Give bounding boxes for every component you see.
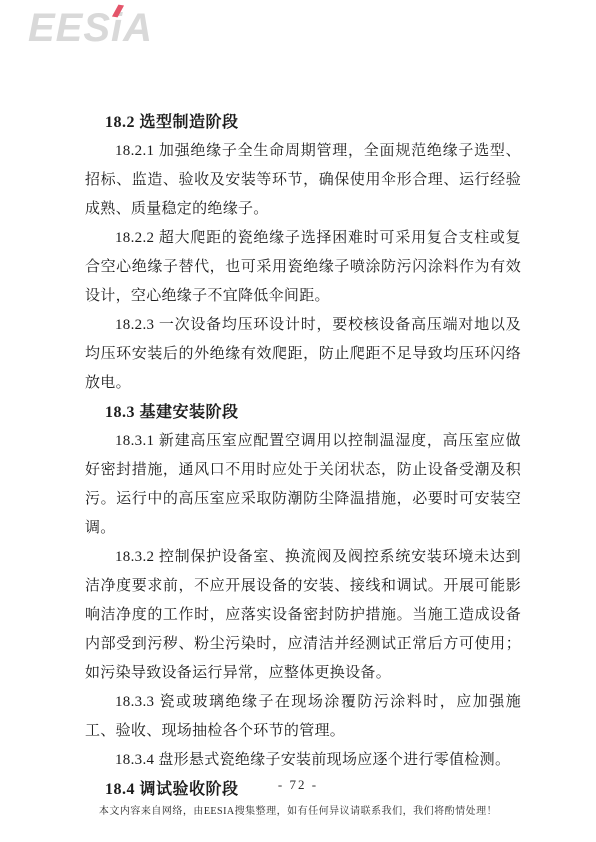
section-heading-18-2: 18.2 选型制造阶段 <box>85 108 521 137</box>
logo-text-suffix: A <box>123 6 153 50</box>
paragraph-18-2-1: 18.2.1 加强绝缘子全生命周期管理，全面规范绝缘子选型、招标、监造、验收及安… <box>85 137 521 224</box>
paragraph-18-3-3: 18.3.3 瓷或玻璃绝缘子在现场涂覆防污涂料时，应加强施工、验收、现场抽检各个… <box>85 688 521 746</box>
eesia-logo: EESiA <box>28 6 153 50</box>
logo-letter-i: i <box>111 6 123 50</box>
footer-disclaimer: 本文内容来自网络，由EESIA搜集整理，如有任何异议请联系我们，我们将酌情处理！ <box>0 802 596 817</box>
paragraph-18-3-2: 18.3.2 控制保护设备室、换流阀及阀控系统安装环境未达到洁净度要求前，不应开… <box>85 543 521 688</box>
logo-text-prefix: EES <box>28 6 111 50</box>
paragraph-18-2-2: 18.2.2 超大爬距的瓷绝缘子选择困难时可采用复合支柱或复合空心绝缘子替代，也… <box>85 224 521 311</box>
document-page: EESiA 18.2 选型制造阶段 18.2.1 加强绝缘子全生命周期管理，全面… <box>0 0 596 842</box>
page-number: - 72 - <box>0 777 596 793</box>
document-body: 18.2 选型制造阶段 18.2.1 加强绝缘子全生命周期管理，全面规范绝缘子选… <box>85 108 521 804</box>
paragraph-18-3-1: 18.3.1 新建高压室应配置空调用以控制温湿度，高压室应做好密封措施，通风口不… <box>85 427 521 543</box>
section-heading-18-3: 18.3 基建安装阶段 <box>85 398 521 427</box>
paragraph-18-3-4: 18.3.4 盘形悬式瓷绝缘子安装前现场应逐个进行零值检测。 <box>85 746 521 775</box>
paragraph-18-2-3: 18.2.3 一次设备均压环设计时，要校核设备高压端对地以及均压环安装后的外绝缘… <box>85 311 521 398</box>
